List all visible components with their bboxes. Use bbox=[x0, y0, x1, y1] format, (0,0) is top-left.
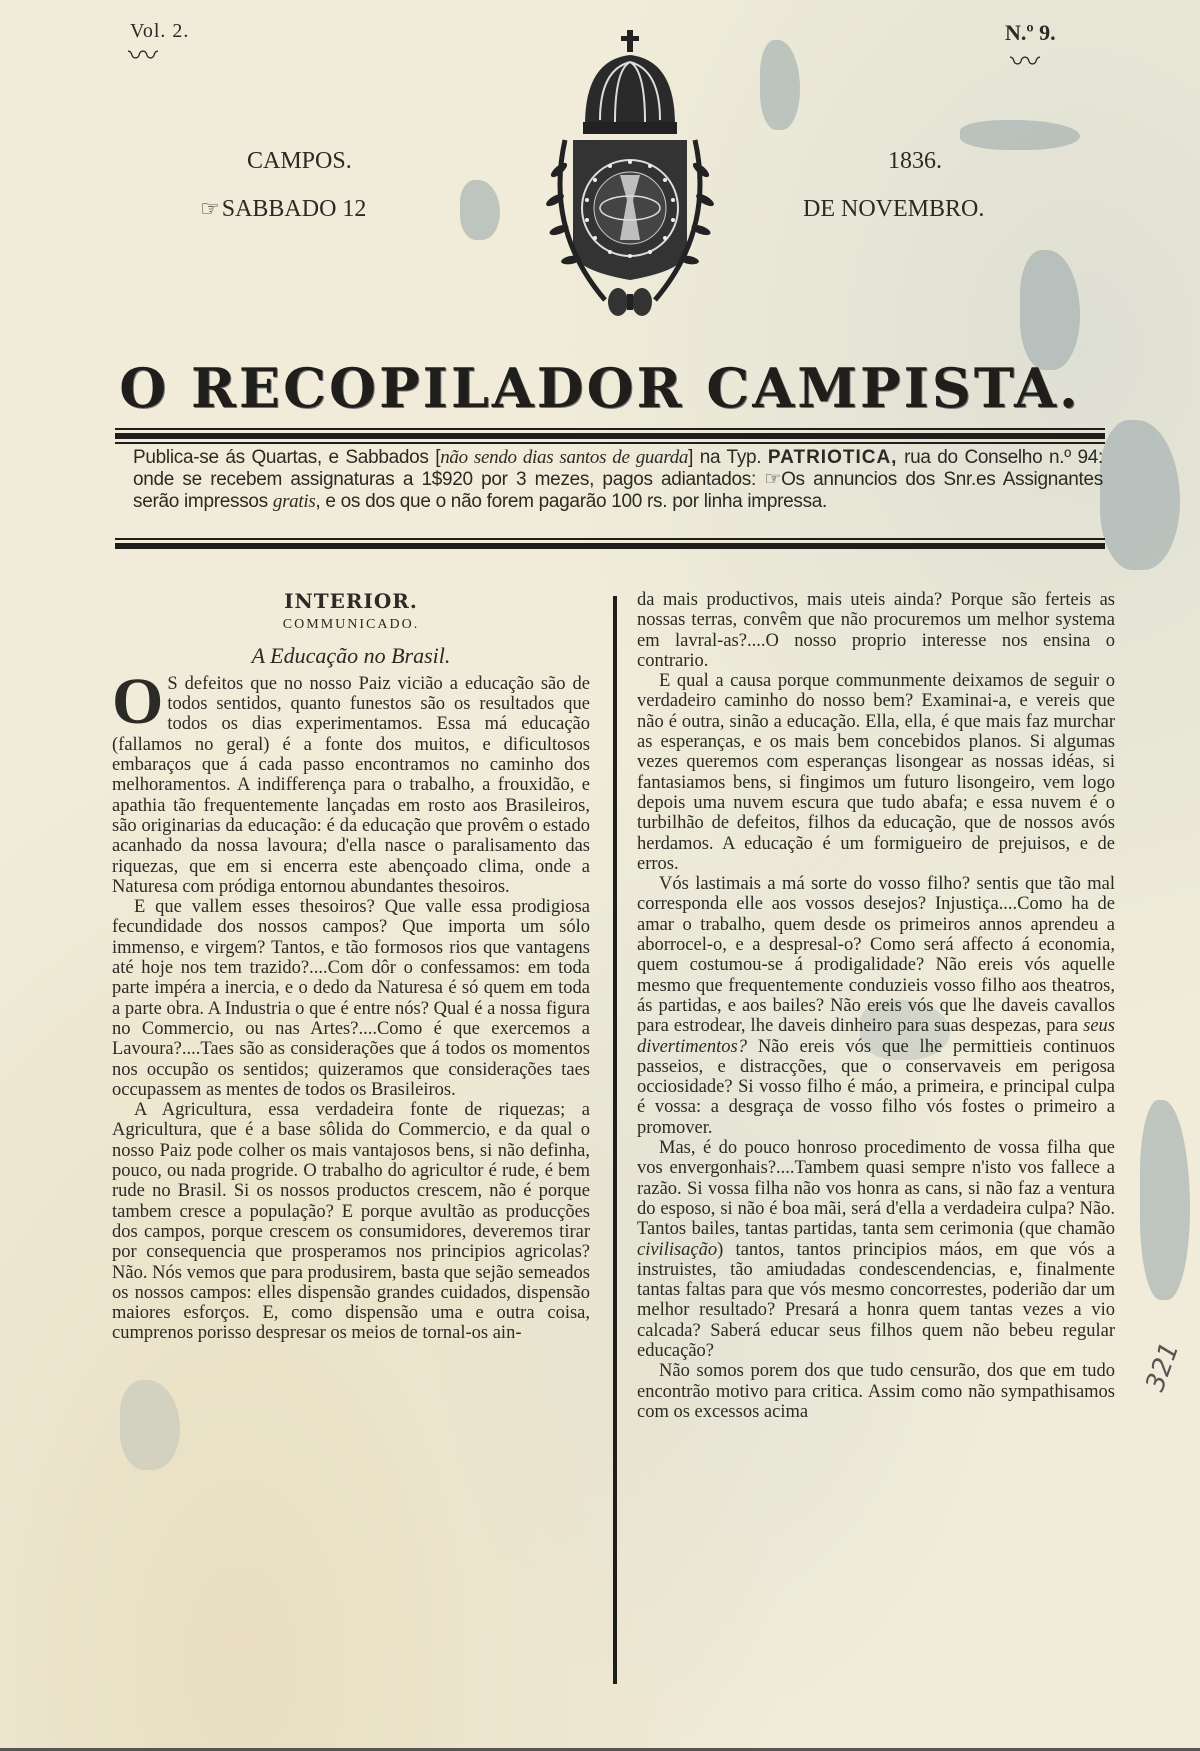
water-stain bbox=[120, 1380, 180, 1470]
imprint-text: ] na Typ. bbox=[688, 447, 768, 468]
water-stain bbox=[760, 40, 800, 130]
article-paragraph: E qual a causa porque communmente deixam… bbox=[637, 671, 1115, 874]
article-paragraph: Não somos porem dos que tudo censurão, d… bbox=[637, 1361, 1115, 1422]
imprint-notice: Publica-se ás Quartas, e Sabbados [não s… bbox=[133, 447, 1103, 513]
imprint-italic: não sendo dias santos de guarda bbox=[440, 447, 688, 468]
imperial-coat-of-arms-icon bbox=[545, 30, 715, 320]
imprint-text: Publica-se ás Quartas, e Sabbados [ bbox=[133, 447, 440, 468]
pointing-hand-icon: ☞ bbox=[200, 196, 220, 221]
day-label: SABBADO 12 bbox=[222, 196, 367, 222]
article-paragraph: Vós lastimais a má sorte do vosso filho?… bbox=[637, 874, 1115, 1138]
swash-ornament: 〰 bbox=[128, 42, 158, 72]
article-paragraph: OS defeitos que no nosso Paiz vicião a e… bbox=[112, 674, 590, 897]
article-column-left: INTERIOR. COMMUNICADO. A Educação no Bra… bbox=[112, 585, 590, 1344]
newspaper-page: Vol. 2. 〰 N.º 9. 〰 CAMPOS. 1836. ☞SABBAD… bbox=[0, 0, 1200, 1751]
press-name: PATRIOTICA, bbox=[768, 447, 898, 468]
month-label: DE NOVEMBRO. bbox=[803, 196, 984, 223]
article-column-right: da mais productivos, mais uteis ainda? P… bbox=[637, 590, 1115, 1422]
swash-ornament: 〰 bbox=[1010, 48, 1040, 78]
water-stain bbox=[1020, 250, 1080, 370]
date-day: ☞SABBADO 12 bbox=[200, 196, 366, 223]
section-heading: INTERIOR. bbox=[112, 591, 590, 611]
paragraph-text: S defeitos que no nosso Paiz vicião a ed… bbox=[112, 674, 590, 897]
drop-cap: O bbox=[112, 676, 163, 728]
year-label: 1836. bbox=[888, 148, 942, 175]
water-stain bbox=[960, 120, 1080, 150]
column-divider bbox=[613, 596, 617, 1684]
article-paragraph: A Agricultura, essa verdadeira fonte de … bbox=[112, 1100, 590, 1344]
article-paragraph: E que vallem esses thesoiros? Que valle … bbox=[112, 897, 590, 1100]
article-title: A Educação no Brasil. bbox=[112, 646, 590, 666]
place-label: CAMPOS. bbox=[247, 148, 352, 175]
masthead-title: O RECOPILADOR CAMPISTA. bbox=[0, 356, 1200, 420]
imprint-text: , e os dos que o não forem pagarão 100 r… bbox=[315, 491, 827, 512]
water-stain bbox=[1100, 420, 1180, 570]
imprint-rule bbox=[115, 538, 1105, 552]
imprint-italic: gratis bbox=[273, 491, 316, 512]
handwritten-page-number: 321 bbox=[1140, 1339, 1185, 1396]
paragraph-text: Vós lastimais a má sorte do vosso filho?… bbox=[637, 874, 1115, 1036]
article-paragraph: Mas, é do pouco honroso procedimento de … bbox=[637, 1138, 1115, 1361]
subsection-heading: COMMUNICADO. bbox=[112, 615, 590, 635]
pointing-hand-icon: ☞ bbox=[764, 469, 781, 490]
water-stain bbox=[1140, 1100, 1190, 1300]
paragraph-italic: civilisação bbox=[637, 1240, 717, 1260]
header-rule bbox=[115, 428, 1105, 448]
article-paragraph: da mais productivos, mais uteis ainda? P… bbox=[637, 590, 1115, 671]
issue-number: N.º 9. bbox=[1005, 20, 1056, 46]
water-stain bbox=[460, 180, 500, 240]
paragraph-text: Mas, é do pouco honroso procedimento de … bbox=[637, 1138, 1115, 1239]
